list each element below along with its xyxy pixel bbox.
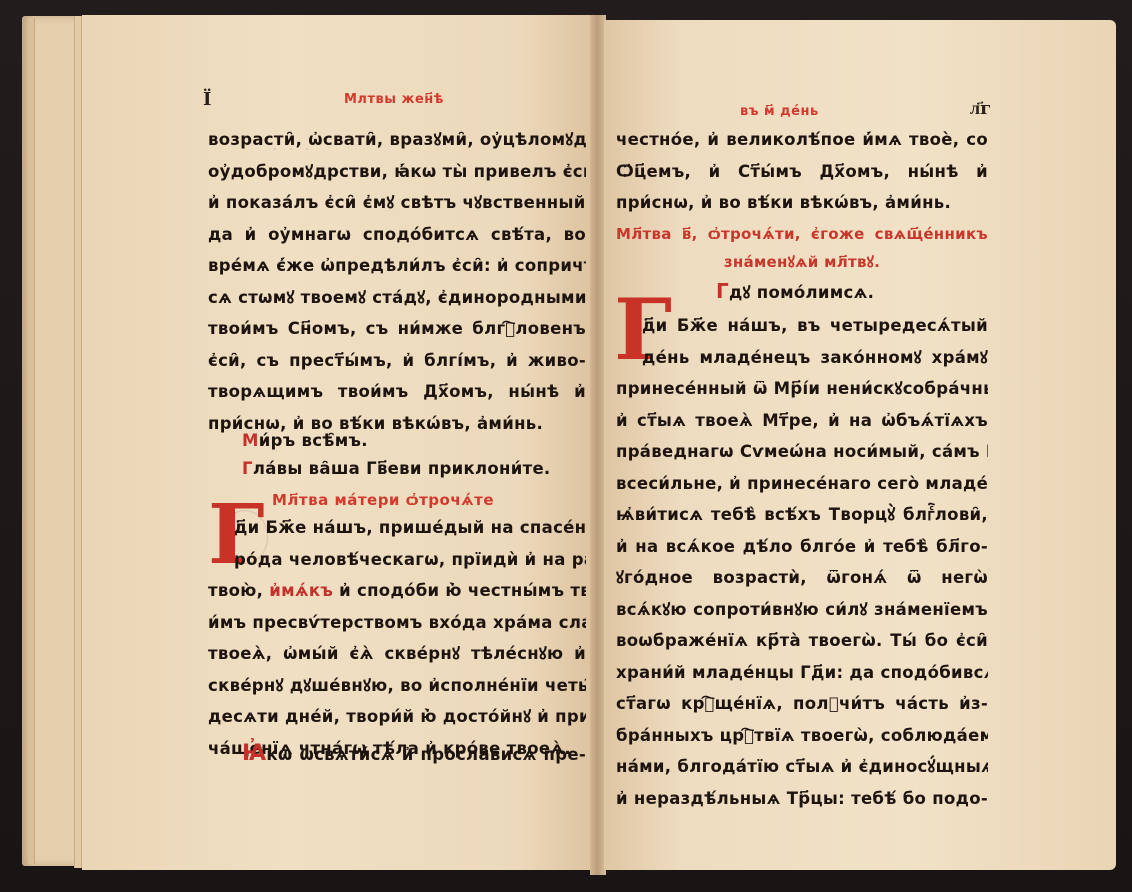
text-line: творѧщимъ твои́мъ Дх҃омъ, ны́нѣ и҆	[208, 376, 586, 408]
text-line: ст҃агѡ крⷭ҇ще́нїѧ, полꙋчи́тъ ча́сть и҆з-	[616, 688, 988, 720]
text-line: ѩ҆ви́тисѧ тебѣ̀ всѣ́хъ Творцꙋ̀ блгⷭ҇лови…	[616, 499, 988, 531]
text-line: при́снѡ, и҆ во вѣ́ки вѣкѡ́въ, а҆ми́нь.	[616, 187, 988, 219]
page-edge	[74, 16, 82, 868]
text-line: и҆ на всѧ́кое дѣ́ло блго́е и҆ тебѣ̀ бл҃г…	[616, 531, 988, 563]
prayer-title-rubric: Мл҃тва в҃, ѻ҆трочѧ́ти, є҆гоже свѧщ҃е́нни…	[616, 220, 988, 276]
rubric-name-placeholder: и҆мѧ́къ	[269, 581, 333, 600]
text-line: бра́нныхъ црⷭ҇твїѧ твоегѡ̀, соблюда́емь …	[616, 720, 988, 752]
text-line: пра́веднагѡ Сѵмеѡ́на носи́мый, са́мъ Влⷣ…	[616, 436, 988, 468]
text-line: и҆ показа́лъ є҆си̑ є҆мꙋ свѣтъ чꙋвственны…	[208, 187, 586, 219]
text-line: твоеѧ̀, ѡ҆мы́й є҆ѧ̀ скве́рнꙋ тѣле́снꙋю и…	[208, 638, 586, 670]
text-line: твою̀, и҆мѧ́къ и҆ сподо́би ю҆̀ честны́мъ…	[208, 575, 586, 607]
text-line: и́ръ всѣ̑мъ.	[259, 431, 368, 450]
text-line: ꙋго́дное возрастѝ, ѿгонѧ́ ѿ негѡ̀	[616, 562, 988, 594]
prayer-text-indented: д҃и Бж҃е на́шъ, прише́дый на спасе́нїе р…	[234, 512, 586, 575]
text-line: и҆ ст҃ыѧ твоеѧ̀ Мт҃ре, и҆ на ѡ҆бъѧ́тїѧхъ	[616, 405, 988, 437]
final-line: Ꙗ҆кѡ ѡ҆свѧти́сѧ и҆ просла́висѧ пре-	[242, 738, 586, 770]
text-line: вре́мѧ є҆́же ѡ҆предѣли́лъ є҆си̑: и҆ сопр…	[208, 250, 586, 282]
deacon-line: Гдꙋ помо́лимсѧ.	[716, 276, 976, 308]
bow-heads-line: Гла́вы ва̑ша Гв҃еви приклони́те.	[242, 453, 582, 485]
right-page: въ м҃ де́нь л҃г честно́е, и҆ великолѣ́по…	[604, 20, 1116, 870]
text-line: сѧ стѡмꙋ твоемꙋ ста́дꙋ, є҆динородными	[208, 282, 586, 314]
text-line: твои́мъ Сн҃омъ, съ ни́мже блгⷭ҇ловенъ	[208, 313, 586, 345]
right-body-text: честно́е, и҆ великолѣ́пое и҆́мѧ твоѐ, со…	[616, 124, 988, 219]
text-line: д҃и Бж҃е на́шъ, въ четыредесѧ́тый	[642, 310, 988, 342]
text-line: всѧ́кꙋю сопроти́внꙋю си́лꙋ зна́менїемъ	[616, 594, 988, 626]
red-initial: Ꙗ҆	[242, 741, 266, 766]
text-line: ла́вы ва̑ша Гв҃еви приклони́те.	[253, 459, 551, 478]
text-line: да и҆ оу҆мнагѡ сподо́битсѧ свѣ́та, во	[208, 219, 586, 251]
text-line: оу҆добромꙋдрстви, ꙗ҆́кѡ ты̀ привелъ є҆си…	[208, 156, 586, 188]
text-line: ро́да человѣ́ческагѡ, прїидѝ и҆ на ра́бꙋ	[234, 544, 586, 576]
text-line: храни́й младе́нцы Гд҃и: да сподо́бивсѧ	[616, 657, 988, 689]
text-line: всеси́льне, и҆ принесе́наго сего̀ младе́…	[616, 468, 988, 500]
red-initial: Г	[242, 459, 253, 478]
text-line: десѧти дне́й, твори́й ю҆̀ досто́йнꙋ и҆ п…	[208, 701, 586, 733]
prayer-text-indented: д҃и Бж҃е на́шъ, въ четыредесѧ́тый де́нь …	[642, 310, 988, 373]
folio-number: Ї	[203, 89, 211, 110]
text-line: на́ми, блгода́тїю ст҃ыѧ и҆ є҆диносꙋ́щныѧ…	[616, 751, 988, 783]
folio-number: л҃г	[970, 98, 991, 119]
text-line: Ѻ҆ц҃емъ, и҆ Ст҃ы́мъ Дх҃омъ, ны́нѣ и҆	[616, 156, 988, 188]
red-initial: М	[242, 431, 259, 450]
text-line: де́нь младе́нецъ зако́нномꙋ хра́мꙋ	[642, 342, 988, 374]
prayer-title-rubric: Мл҃тва ма́тери ѻ҆трочѧ́те	[272, 491, 494, 509]
text-line: є҆си̑, съ прест҃ы́мъ, и҆ блгі́мъ, и҆ жив…	[208, 345, 586, 377]
text-line: и҆ нераздѣ́льныѧ Тр҃цы: тебѣ́ бо подо-	[616, 783, 988, 815]
red-initial: Г	[716, 279, 729, 303]
running-head: въ м҃ де́нь	[740, 104, 819, 119]
left-page: · · · Ї Млтвы жен҃ѣ возрасти̑, ѡ҆свати̑,…	[82, 15, 596, 870]
page-edge	[28, 18, 35, 864]
text-line: честно́е, и҆ великолѣ́пое и҆́мѧ твоѐ, со	[616, 124, 988, 156]
peace-be-to-all: Ми́ръ всѣ̑мъ.	[242, 425, 582, 457]
text-line: скве́рнꙋ дꙋше́внꙋю, во и҆сполне́нїи четы…	[208, 670, 586, 702]
text-line: и́мъ пресвѵ́терствомъ вхо́да хра́ма сла́…	[208, 607, 586, 639]
prayer-text: принесе́нный ѿ Мр҃і́и нени́скꙋсобра́чныѧ…	[616, 373, 988, 814]
prayer-text: твою̀, и҆мѧ́къ и҆ сподо́би ю҆̀ честны́мъ…	[208, 575, 586, 764]
text-line: кѡ ѡ҆свѧти́сѧ и҆ просла́висѧ пре-	[266, 745, 586, 764]
text-line: возрасти̑, ѡ҆свати̑, вразꙋми̑, оу҆цѣломꙋ…	[208, 124, 586, 156]
text-line: принесе́нный ѿ Мр҃і́и нени́скꙋсобра́чныѧ…	[616, 373, 988, 405]
text-line: воѡбраже́нїѧ кр҃та̀ твоегѡ̀. Ты́ бо є҆си…	[616, 625, 988, 657]
text-line: дꙋ помо́лимсѧ.	[729, 283, 874, 302]
left-body-text: возрасти̑, ѡ҆свати̑, вразꙋми̑, оу҆цѣломꙋ…	[208, 124, 586, 439]
running-head: Млтвы жен҃ѣ	[344, 92, 444, 107]
text-line: д҃и Бж҃е на́шъ, прише́дый на спасе́нїе	[234, 512, 586, 544]
